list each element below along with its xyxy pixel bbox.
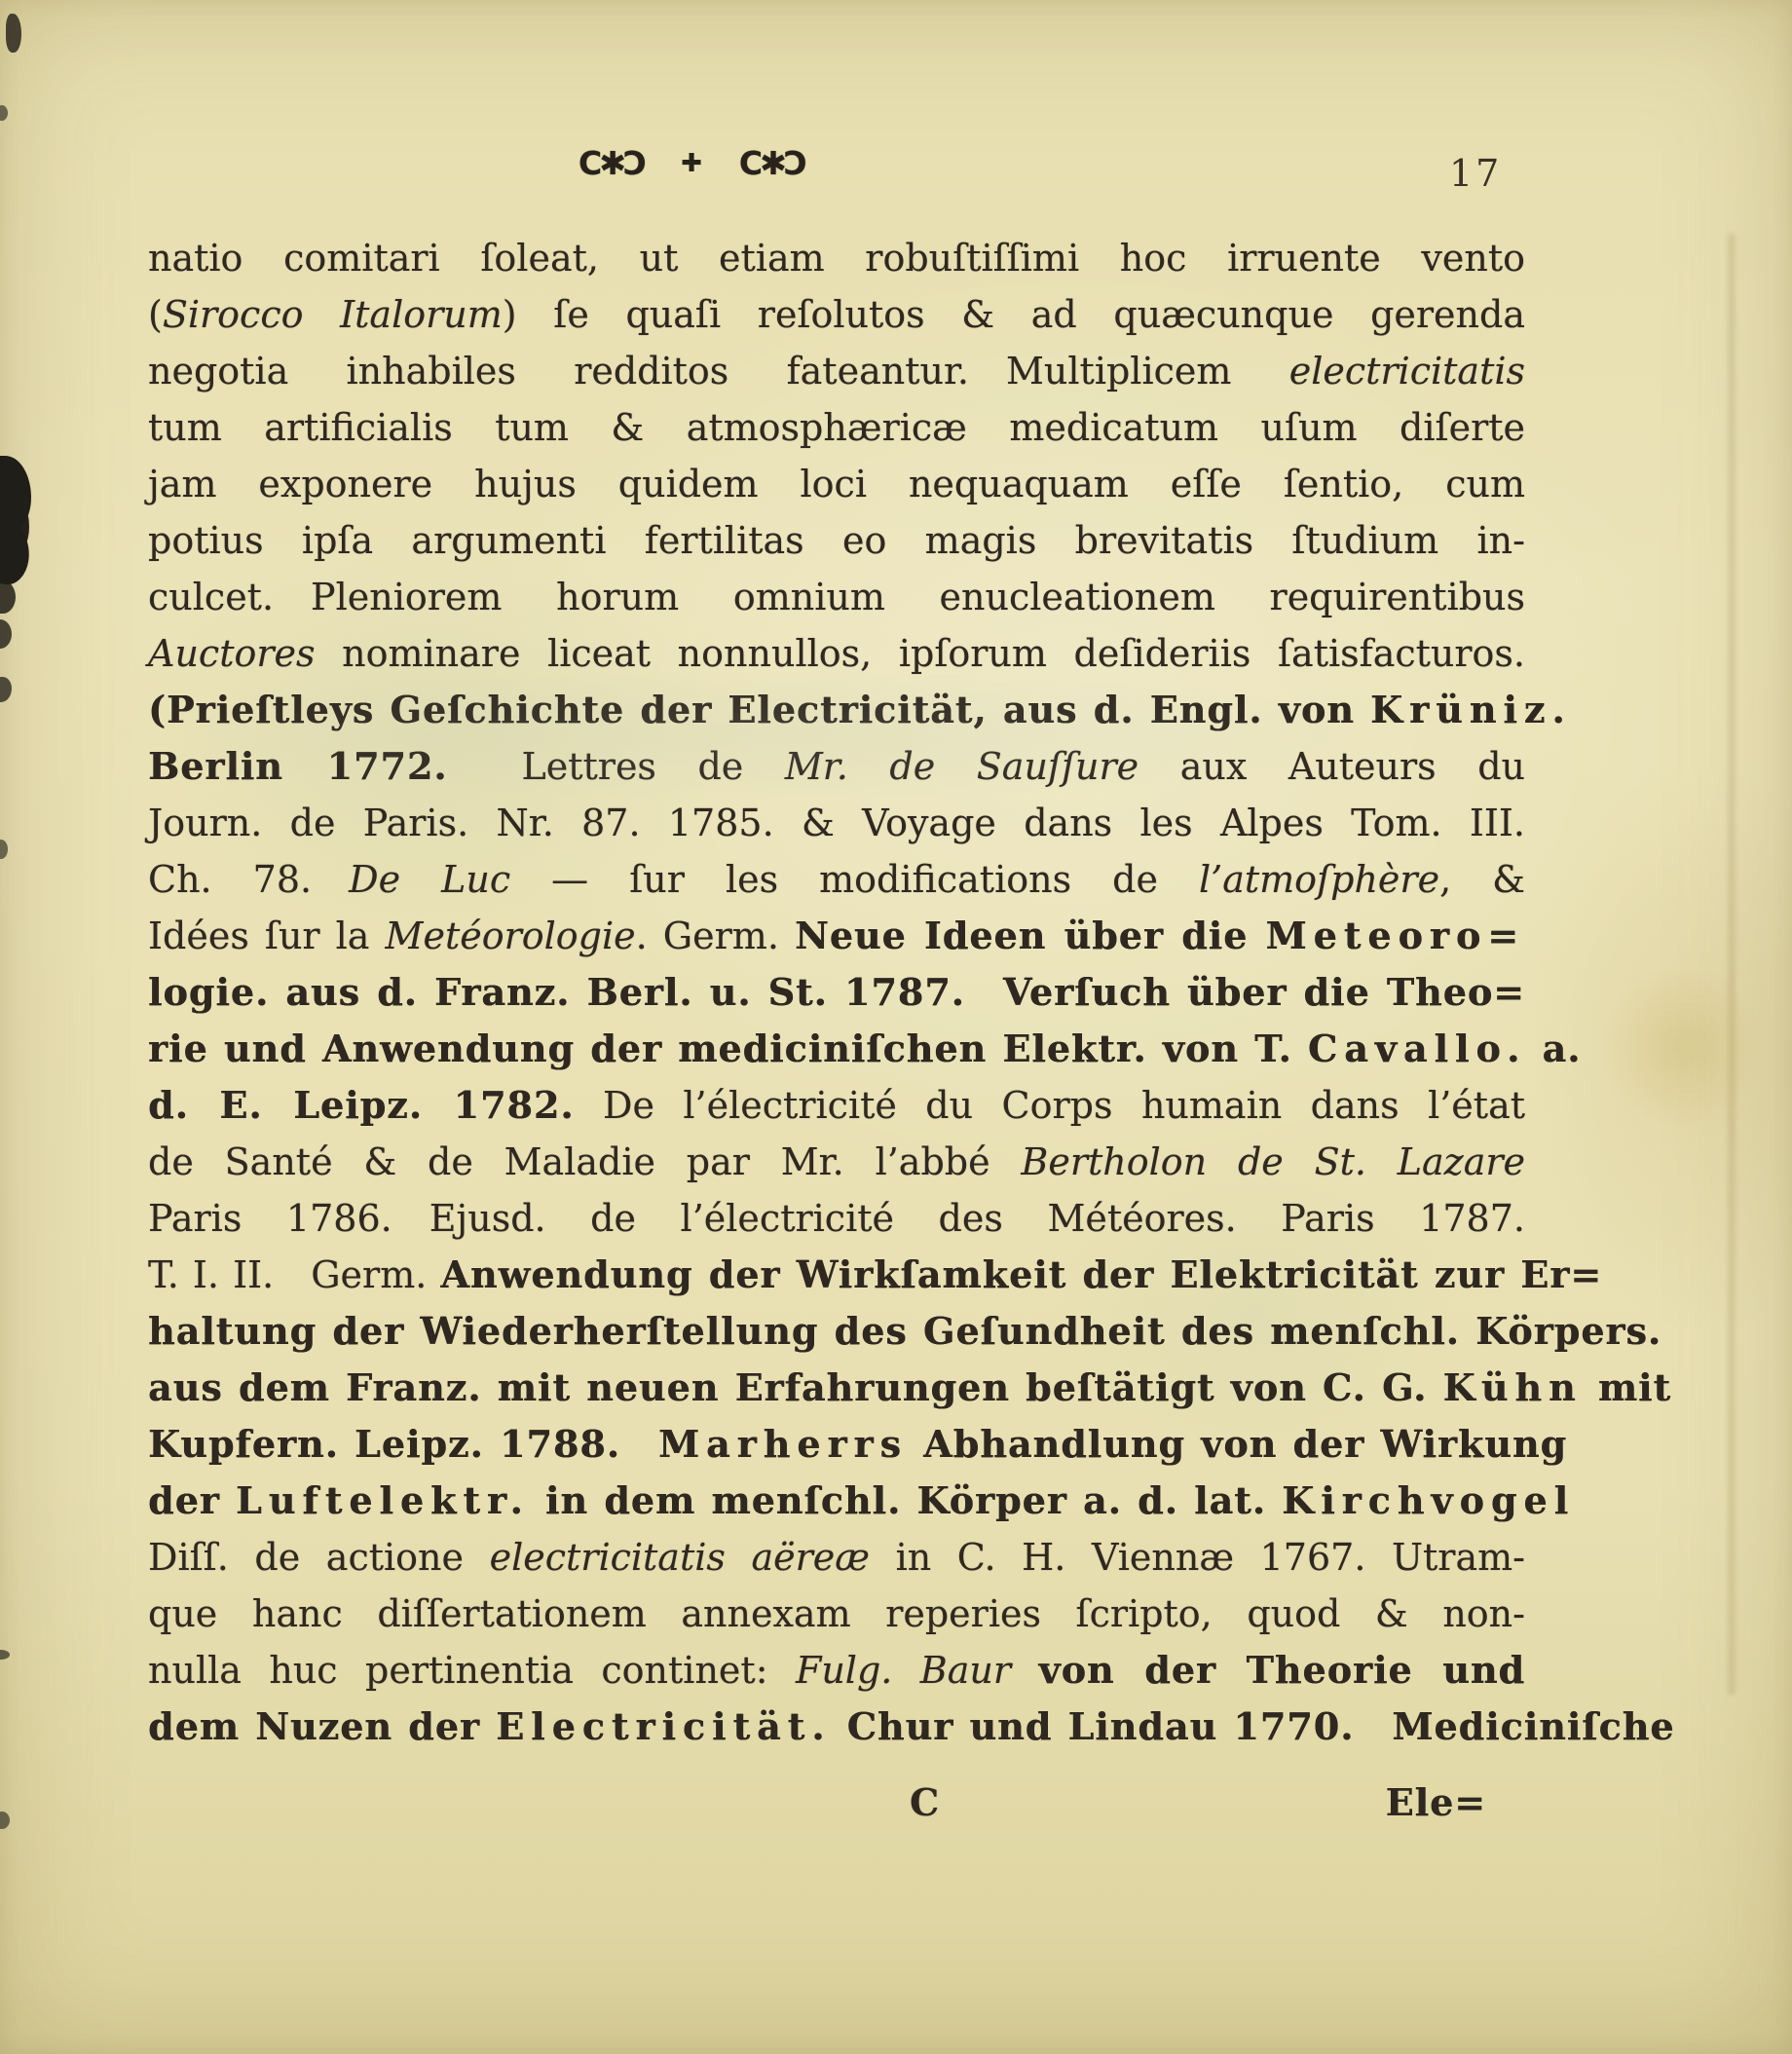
- text-segment: l’atmoſphère: [1199, 858, 1439, 901]
- text-segment: electricitatis: [1289, 350, 1525, 392]
- text-line: Ch. 78. De Luc — ſur les modifications d…: [148, 851, 1525, 908]
- text-segment: ) ſe quaſi reſolutos & ad quæcunque gere…: [503, 293, 1525, 336]
- book-page: C✱Ɔ ✚ C✱Ɔ 17 natio comitari ſoleat, ut e…: [0, 0, 1792, 2054]
- text-block: natio comitari ſoleat, ut etiam robuſtiſ…: [148, 230, 1525, 1755]
- text-segment: que hanc diſſertationem annexam reperies…: [148, 1592, 1525, 1635]
- text-line: der Luftelektr. in dem menſchl. Körper a…: [148, 1473, 1525, 1529]
- text-line: haltung der Wiederherſtellung des Geſund…: [148, 1303, 1525, 1360]
- text-segment: Marherrs: [658, 1422, 908, 1466]
- text-segment: electricitatis aëreæ: [490, 1536, 870, 1579]
- text-segment: de Santé & de Maladie par Mr. l’abbé: [148, 1140, 1021, 1183]
- binding-ink-blot: [0, 1650, 10, 1660]
- text-segment: Luftelektr.: [236, 1478, 530, 1522]
- signature-mark: C: [910, 1774, 939, 1831]
- text-segment: d. E. Leipz. 1782.: [148, 1083, 575, 1127]
- text-segment: Bertholon de St. Lazare: [1021, 1140, 1525, 1183]
- text-segment: Krüniz.: [1370, 688, 1572, 731]
- text-line: que hanc diſſertationem annexam reperies…: [148, 1586, 1525, 1642]
- header-ornament: C✱Ɔ ✚ C✱Ɔ: [531, 144, 852, 182]
- text-segment: haltung der Wiederherſtellung des Geſund…: [148, 1309, 1661, 1353]
- text-segment: Meteoro=: [1265, 914, 1525, 957]
- text-line: nulla huc pertinentia continet: Fulg. Ba…: [148, 1642, 1525, 1699]
- text-segment: Kühn: [1443, 1365, 1583, 1409]
- text-line: dem Nuzen der Electricität. Chur und Lin…: [148, 1699, 1525, 1755]
- text-segment: logie. aus d. Franz. Berl. u. St. 1787. …: [148, 970, 1525, 1014]
- binding-ink-blot: [0, 521, 33, 587]
- text-segment: Paris 1786. Ejusd. de l’électricité des …: [148, 1197, 1525, 1240]
- footer-line: C Ele=: [148, 1774, 1525, 1831]
- text-segment: Chur und Lindau 1770. Mediciniſche: [831, 1704, 1674, 1748]
- text-segment: De Luc: [349, 858, 510, 901]
- text-line: tum artificialis tum & atmosphæricæ medi…: [148, 399, 1525, 456]
- text-segment: negotia inhabiles redditos fateantur. Mu…: [148, 350, 1289, 392]
- text-segment: Idées ſur la: [148, 915, 386, 957]
- text-segment: Electricität.: [496, 1704, 831, 1748]
- page-crease: [1726, 234, 1737, 1695]
- text-line: d. E. Leipz. 1782. De l’électricité du C…: [148, 1077, 1525, 1134]
- text-segment: von der Theorie und: [1038, 1648, 1525, 1692]
- binding-ink-blot: [6, 14, 21, 53]
- text-line: Idées ſur la Metéorologie. Germ. Neue Id…: [148, 908, 1525, 964]
- text-segment: Kupfern. Leipz. 1788.: [148, 1422, 658, 1466]
- binding-ink-blot: [0, 105, 8, 121]
- text-segment: Kirchvogel: [1282, 1478, 1575, 1522]
- text-segment: (: [148, 293, 163, 336]
- text-line: (Sirocco Italorum) ſe quaſi reſolutos & …: [148, 286, 1525, 343]
- cross-icon: ✚: [681, 149, 702, 178]
- text-segment: Cavallo.: [1308, 1027, 1526, 1070]
- text-segment: Sirocco Italorum: [163, 293, 503, 336]
- text-segment: — ſur les modifications de: [510, 858, 1199, 901]
- text-segment: Abhandlung von der Wirkung: [908, 1422, 1567, 1466]
- text-segment: dem Nuzen der: [148, 1704, 496, 1748]
- text-segment: in dem menſchl. Körper a. d. lat.: [530, 1478, 1282, 1522]
- text-line: aus dem Franz. mit neuen Erfahrungen beſ…: [148, 1360, 1525, 1416]
- text-segment: Fulg. Baur: [796, 1649, 1011, 1692]
- text-line: natio comitari ſoleat, ut etiam robuſtiſ…: [148, 230, 1525, 286]
- text-segment: Anwendung der Wirkſamkeit der Elektricit…: [440, 1252, 1602, 1296]
- text-segment: mit: [1583, 1365, 1671, 1409]
- binding-ink-blot: [0, 456, 31, 532]
- text-segment: De l’électricité du Corps humain dans l’…: [575, 1084, 1525, 1127]
- text-segment: Diſſ. de actione: [148, 1536, 490, 1579]
- text-segment: nominare liceat nonnullos, ipſorum deſid…: [316, 632, 1525, 675]
- text-line: Journ. de Paris. Nr. 87. 1785. & Voyage …: [148, 795, 1525, 851]
- text-segment: Metéorologie: [386, 915, 636, 957]
- text-segment: aus dem Franz. mit neuen Erfahrungen beſ…: [148, 1365, 1443, 1409]
- text-segment: , &: [1439, 858, 1525, 901]
- text-line: jam exponere hujus quidem loci nequaquam…: [148, 456, 1525, 512]
- fleuron-right-icon: C✱Ɔ: [739, 144, 804, 182]
- text-segment: culcet. Pleniorem horum omnium enucleati…: [148, 576, 1525, 618]
- binding-ink-blot: [0, 677, 12, 702]
- binding-ink-blot: [0, 840, 8, 859]
- paper-stain: [1597, 964, 1763, 1130]
- text-line: culcet. Pleniorem horum omnium enucleati…: [148, 569, 1525, 625]
- text-line: potius ipſa argumenti fertilitas eo magi…: [148, 512, 1525, 569]
- text-segment: Neue Ideen über die: [795, 914, 1266, 957]
- text-line: de Santé & de Maladie par Mr. l’abbé Ber…: [148, 1134, 1525, 1190]
- binding-ink-blot: [0, 619, 12, 649]
- catchword: Ele=: [1386, 1774, 1486, 1831]
- text-segment: tum artificialis tum & atmosphæricæ medi…: [148, 406, 1525, 449]
- text-line: Diſſ. de actione electricitatis aëreæ in…: [148, 1529, 1525, 1586]
- text-segment: Auctores: [148, 632, 316, 675]
- text-segment: [1011, 1649, 1038, 1692]
- text-line: Kupfern. Leipz. 1788. Marherrs Abhandlun…: [148, 1416, 1525, 1473]
- text-line: negotia inhabiles redditos fateantur. Mu…: [148, 343, 1525, 399]
- text-segment: natio comitari ſoleat, ut etiam robuſtiſ…: [148, 237, 1525, 280]
- text-line: rie und Anwendung der mediciniſchen Elek…: [148, 1021, 1525, 1077]
- text-segment: T. I. II. Germ.: [148, 1253, 440, 1296]
- text-line: logie. aus d. Franz. Berl. u. St. 1787. …: [148, 964, 1525, 1021]
- page-number: 17: [1449, 152, 1502, 195]
- text-segment: potius ipſa argumenti fertilitas eo magi…: [148, 519, 1525, 562]
- text-line: T. I. II. Germ. Anwendung der Wirkſamkei…: [148, 1247, 1525, 1303]
- text-segment: nulla huc pertinentia continet:: [148, 1649, 796, 1692]
- text-segment: Journ. de Paris. Nr. 87. 1785. & Voyage …: [148, 802, 1525, 844]
- text-segment: . Germ.: [636, 915, 795, 957]
- binding-ink-blot: [0, 1811, 10, 1829]
- text-line: Paris 1786. Ejusd. de l’électricité des …: [148, 1190, 1525, 1247]
- text-segment: Ch. 78.: [148, 858, 349, 901]
- text-segment: in C. H. Viennæ 1767. Utram-: [870, 1536, 1525, 1579]
- binding-ink-blot: [0, 580, 16, 614]
- text-segment: jam exponere hujus quidem loci nequaquam…: [148, 463, 1525, 505]
- paper-stain: [117, 672, 1383, 799]
- fleuron-left-icon: C✱Ɔ: [579, 144, 644, 182]
- text-segment: a.: [1526, 1027, 1581, 1070]
- text-segment: der: [148, 1478, 236, 1522]
- text-segment: rie und Anwendung der mediciniſchen Elek…: [148, 1027, 1308, 1070]
